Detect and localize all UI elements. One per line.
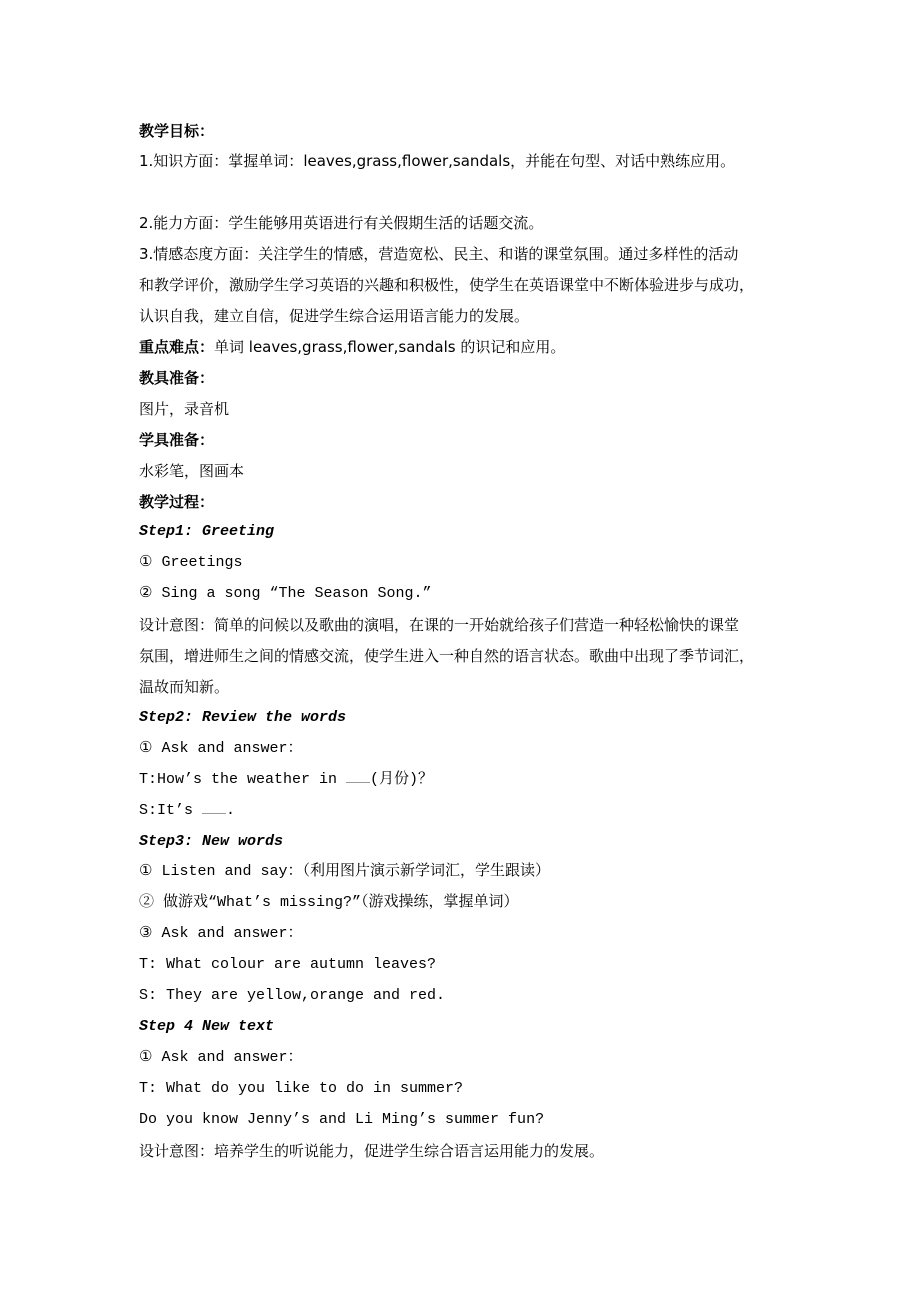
step1-item-2: ② Sing a song “The Season Song.” [139, 584, 432, 604]
student-prep-heading: 学具准备： [139, 430, 214, 450]
objective-3-line1: 3.情感态度方面：关注学生的情感，营造宽松、民主、和谐的课堂氛围。通过多样性的活… [139, 244, 738, 264]
student-answer-suffix: . [226, 802, 235, 819]
step1-title: Step1: Greeting [139, 522, 274, 542]
step2-teacher-question: T:How’s the weather in (月份)？ [139, 770, 433, 790]
objective-2: 2.能力方面：学生能够用英语进行有关假期生活的话题交流。 [139, 213, 543, 233]
step4-item-2: T: What do you like to do in summer? [139, 1079, 463, 1099]
objective-1: 1.知识方面：掌握单词：leaves,grass,flower,sandals，… [139, 151, 735, 171]
step4-item-3: Do you know Jenny’s and Li Ming’s summer… [139, 1110, 544, 1130]
key-points-label: 重点难点： [139, 338, 214, 356]
key-points: 重点难点：单词 leaves,grass,flower,sandals 的识记和… [139, 337, 565, 357]
blank-line [202, 801, 226, 814]
step3-item-1: ① Listen and say：（利用图片演示新学词汇，学生跟读） [139, 862, 550, 882]
step4-design: 设计意图：培养学生的听说能力，促进学生综合语言运用能力的发展。 [139, 1141, 604, 1161]
step4-item-1: ① Ask and answer： [139, 1048, 302, 1068]
student-prep-text: 水彩笔，图画本 [139, 461, 244, 481]
objective-3-line2: 和教学评价，激励学生学习英语的兴趣和积极性，使学生在英语课堂中不断体验进步与成功… [139, 275, 754, 295]
step3-title: Step3: New words [139, 832, 283, 852]
objective-3-line3: 认识自我，建立自信，促进学生综合运用语言能力的发展。 [139, 306, 529, 326]
objectives-heading: 教学目标： [139, 121, 214, 141]
blank-line [346, 770, 370, 783]
teacher-prep-heading: 教具准备： [139, 368, 214, 388]
key-points-text: 单词 leaves,grass,flower,sandals 的识记和应用。 [214, 338, 565, 356]
step2-student-answer: S:It’s . [139, 801, 235, 821]
step1-design-line3: 温故而知新。 [139, 677, 229, 697]
teacher-question-suffix: (月份)？ [370, 771, 433, 788]
step2-item-1: ① Ask and answer： [139, 739, 302, 759]
student-answer-prefix: S:It’s [139, 802, 202, 819]
teacher-prep-text: 图片，录音机 [139, 399, 229, 419]
step1-item-1: ① Greetings [139, 553, 242, 573]
step3-item-5: S: They are yellow,orange and red. [139, 986, 445, 1006]
step2-title: Step2: Review the words [139, 708, 346, 728]
step3-item-3: ③ Ask and answer： [139, 924, 302, 944]
step3-item-4: T: What colour are autumn leaves? [139, 955, 436, 975]
step3-item-2: ② 做游戏“What’s missing?”（游戏操练，掌握单词） [139, 893, 519, 913]
step1-design-line2: 氛围，增进师生之间的情感交流，使学生进入一种自然的语言状态。歌曲中出现了季节词汇… [139, 646, 754, 666]
step4-title: Step 4 New text [139, 1017, 274, 1037]
teacher-question-prefix: T:How’s the weather in [139, 771, 346, 788]
step1-design-line1: 设计意图：简单的问候以及歌曲的演唱，在课的一开始就给孩子们营造一种轻松愉快的课堂 [139, 615, 739, 635]
process-heading: 教学过程： [139, 492, 214, 512]
